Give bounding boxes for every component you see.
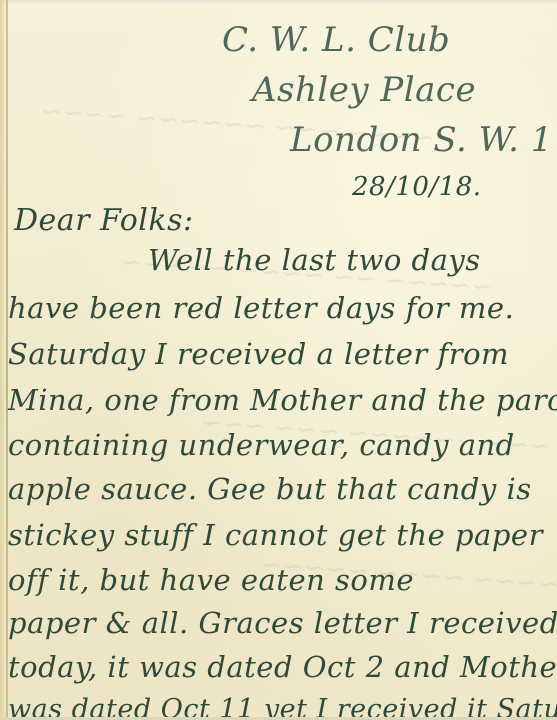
body-line: containing underwear, candy and <box>8 428 515 462</box>
letter-date: 28/10/18. <box>352 172 482 202</box>
body-line: have been red letter days for me. <box>8 291 514 325</box>
body-line: apple sauce. Gee but that candy is <box>8 472 532 506</box>
address-line-2: Ashley Place <box>252 70 476 110</box>
paper-top-edge <box>0 0 557 4</box>
body-line: Saturday I received a letter from <box>8 337 509 371</box>
address-line-1: C. W. L. Club <box>222 20 450 60</box>
body-line: Well the last two days <box>148 243 481 277</box>
body-line: Mina, one from Mother and the parcel <box>8 383 557 417</box>
body-line: paper & all. Graces letter I received <box>8 606 557 640</box>
address-line-3: London S. W. 1 <box>290 120 553 160</box>
body-line: stickey stuff I cannot get the paper <box>8 518 543 552</box>
letter-page: ~~~~ ~~~ ~~~~~~ ~~~~ ~~~~~ ~~ ~~~~ ~~~~~… <box>0 0 557 720</box>
body-line: off it, but have eaten some <box>8 563 414 597</box>
body-line: today, it was dated Oct 2 and Mother <box>8 650 557 684</box>
salutation: Dear Folks: <box>14 203 194 238</box>
